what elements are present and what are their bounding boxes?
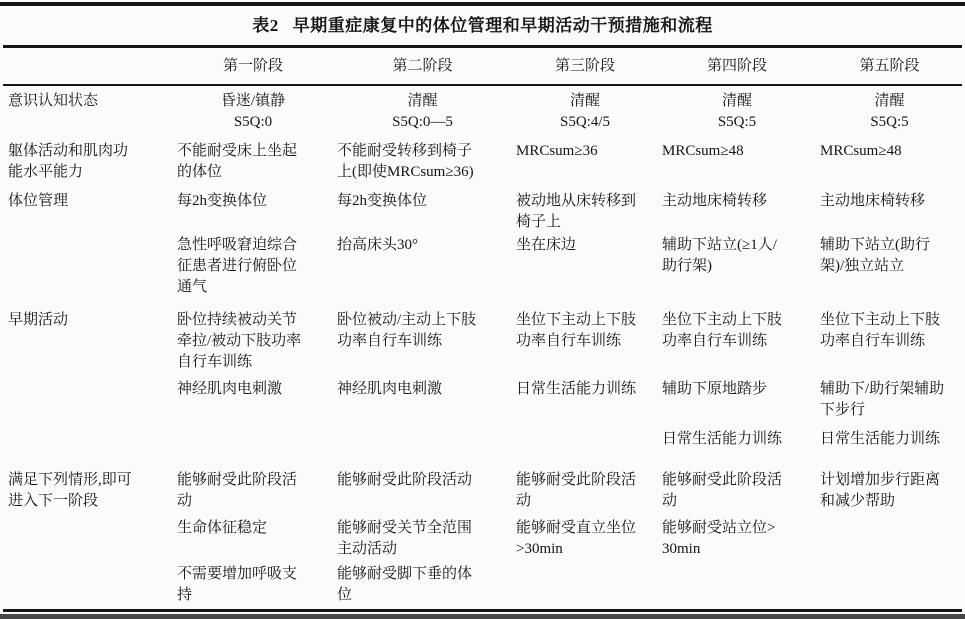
cell: 清醒 S5Q:4/5 [514, 91, 660, 133]
cell: 日常生活能力训练 [514, 379, 660, 421]
table-bottom-rule [3, 609, 962, 612]
table-row-position-management-2: 急性呼吸窘迫综合 征患者进行俯卧位 通气 抬高床头30° 坐在床边 辅助下站立(… [0, 235, 965, 298]
column-header-stage2: 第二阶段 [335, 56, 514, 77]
cell: 能够耐受此阶段活 动 [514, 470, 660, 512]
cell: 能够耐受关节全范围 主动活动 [335, 518, 514, 560]
row-label [0, 379, 175, 421]
table-number: 表2 [252, 16, 279, 35]
row-label [0, 564, 175, 606]
table-row-early-activity-2: 神经肌肉电刺激 神经肌肉电刺激 日常生活能力训练 辅助下原地踏步 辅助下/助行架… [0, 379, 965, 421]
cell: 日常生活能力训练 [818, 429, 965, 450]
table-row-consciousness: 意识认知状态 昏迷/镇静 S5Q:0 清醒 S5Q:0—5 清醒 S5Q:4/5… [0, 91, 965, 133]
cell [660, 564, 818, 606]
scanned-document-page: 表2早期重症康复中的体位管理和早期活动干预措施和流程 第一阶段 第二阶段 第三阶… [0, 0, 965, 619]
cell: 能够耐受脚下垂的体 位 [335, 564, 514, 606]
table-title: 早期重症康复中的体位管理和早期活动干预措施和流程 [293, 16, 713, 35]
table-row-progression-criteria-3: 不需要增加呼吸支 持 能够耐受脚下垂的体 位 [0, 564, 965, 606]
cell: 每2h变换体位 [335, 191, 514, 233]
cell: 计划增加步行距离 和减少帮助 [818, 470, 965, 512]
cell: 坐在床边 [514, 235, 660, 298]
row-label: 意识认知状态 [0, 91, 175, 133]
cell: 卧位持续被动关节 牵拉/被动下肢功率 自行车训练 [175, 310, 335, 373]
cell: 主动地床椅转移 [818, 191, 965, 233]
cell: 主动地床椅转移 [660, 191, 818, 233]
cell: MRCsum≥48 [660, 141, 818, 183]
column-header-stage4: 第四阶段 [660, 56, 818, 77]
cell: 辅助下站立(助行 架)/独立站立 [818, 235, 965, 298]
row-label: 躯体活动和肌肉功 能水平能力 [0, 141, 175, 183]
cell [818, 518, 965, 560]
cell: 能够耐受此阶段活 动 [660, 470, 818, 512]
cell: 被动地从床转移到 椅子上 [514, 191, 660, 233]
cell: 能够耐受直立坐位 >30min [514, 518, 660, 560]
cell: 清醒 S5Q:0—5 [335, 91, 514, 133]
table-header-underline [3, 84, 962, 86]
cell: 能够耐受此阶段活动 [335, 470, 514, 512]
cell: 能够耐受站立位> 30min [660, 518, 818, 560]
cell: 不能耐受转移到椅子 上(即使MRCsum≥36) [335, 141, 514, 183]
cell [335, 429, 514, 450]
cell: 能够耐受此阶段活 动 [175, 470, 335, 512]
header-spacer-cell [0, 56, 175, 77]
row-label: 满足下列情形,即可 进入下一阶段 [0, 470, 175, 512]
table-row-position-management: 体位管理 每2h变换体位 每2h变换体位 被动地从床转移到 椅子上 主动地床椅转… [0, 191, 965, 233]
table-header-row: 第一阶段 第二阶段 第三阶段 第四阶段 第五阶段 [0, 48, 965, 84]
table-row-progression-criteria-2: 生命体征稳定 能够耐受关节全范围 主动活动 能够耐受直立坐位 >30min 能够… [0, 518, 965, 560]
cell: 急性呼吸窘迫综合 征患者进行俯卧位 通气 [175, 235, 335, 298]
row-label [0, 429, 175, 450]
cell: 神经肌肉电刺激 [175, 379, 335, 421]
cell: 坐位下主动上下肢 功率自行车训练 [818, 310, 965, 373]
row-label [0, 518, 175, 560]
cell: 坐位下主动上下肢 功率自行车训练 [660, 310, 818, 373]
cell [514, 564, 660, 606]
cell: 昏迷/镇静 S5Q:0 [175, 91, 335, 133]
table-row-motor-function: 躯体活动和肌肉功 能水平能力 不能耐受床上坐起 的体位 不能耐受转移到椅子 上(… [0, 141, 965, 183]
cell [818, 564, 965, 606]
cell: 辅助下原地踏步 [660, 379, 818, 421]
column-header-stage3: 第三阶段 [514, 56, 660, 77]
scan-edge-bottom [0, 614, 965, 619]
row-label: 早期活动 [0, 310, 175, 373]
cell: 生命体征稳定 [175, 518, 335, 560]
cell [514, 429, 660, 450]
cell: 每2h变换体位 [175, 191, 335, 233]
table-row-progression-criteria: 满足下列情形,即可 进入下一阶段 能够耐受此阶段活 动 能够耐受此阶段活动 能够… [0, 470, 965, 512]
row-label: 体位管理 [0, 191, 175, 233]
cell: 卧位被动/主动上下肢 功率自行车训练 [335, 310, 514, 373]
table-caption: 表2早期重症康复中的体位管理和早期活动干预措施和流程 [0, 14, 965, 38]
table-top-rule [0, 2, 965, 6]
cell: 不能耐受床上坐起 的体位 [175, 141, 335, 183]
cell: MRCsum≥36 [514, 141, 660, 183]
cell: 清醒 S5Q:5 [818, 91, 965, 133]
cell: 抬高床头30° [335, 235, 514, 298]
table-row-early-activity-3: 日常生活能力训练 日常生活能力训练 [0, 429, 965, 450]
row-label [0, 235, 175, 298]
cell: 辅助下站立(≥1人/ 助行架) [660, 235, 818, 298]
cell: 坐位下主动上下肢 功率自行车训练 [514, 310, 660, 373]
cell: 不需要增加呼吸支 持 [175, 564, 335, 606]
column-header-stage5: 第五阶段 [818, 56, 965, 77]
cell: 神经肌肉电刺激 [335, 379, 514, 421]
cell: MRCsum≥48 [818, 141, 965, 183]
cell: 日常生活能力训练 [660, 429, 818, 450]
cell [175, 429, 335, 450]
column-header-stage1: 第一阶段 [175, 56, 335, 77]
table-row-early-activity: 早期活动 卧位持续被动关节 牵拉/被动下肢功率 自行车训练 卧位被动/主动上下肢… [0, 310, 965, 373]
cell: 清醒 S5Q:5 [660, 91, 818, 133]
table-body: 意识认知状态 昏迷/镇静 S5Q:0 清醒 S5Q:0—5 清醒 S5Q:4/5… [0, 91, 965, 610]
cell: 辅助下/助行架辅助 下步行 [818, 379, 965, 421]
